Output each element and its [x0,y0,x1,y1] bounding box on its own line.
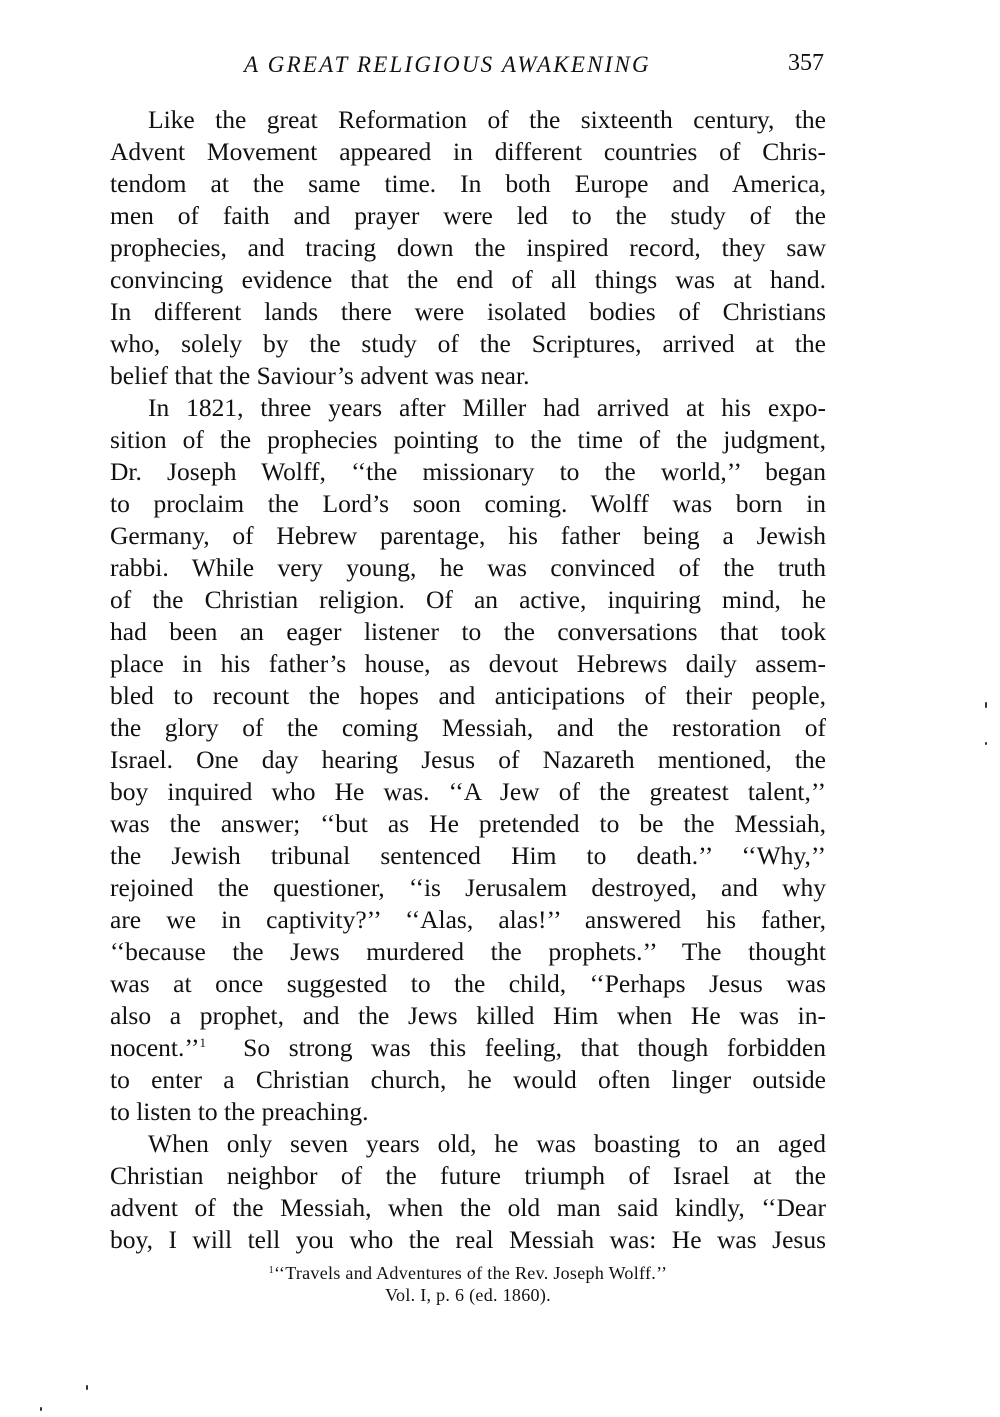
text-line: to enter a Christian church, he would of… [110,1064,826,1096]
text-line: Like the great Reformation of the sixtee… [110,104,826,136]
text-line: rejoined the questioner, ‘‘is Jerusalem … [110,872,826,904]
text-line: Germany, of Hebrew parentage, his father… [110,520,826,552]
footnote-citation: ‘‘Travels and Adventures of the Rev. Jos… [274,1263,667,1283]
text-line: rabbi. While very young, he was convince… [110,552,826,584]
scan-artifact [40,1407,42,1411]
text-line: In 1821, three years after Miller had ar… [110,392,826,424]
text-line-with-footnote-ref: nocent.’’1 So strong was this feeling, t… [110,1032,826,1064]
text-line: had been an eager listener to the conver… [110,616,826,648]
text-line: was at once suggested to the child, ‘‘Pe… [110,968,826,1000]
text-fragment: So strong was this feeling, that though … [243,1033,826,1062]
footnote-line-2: Vol. I, p. 6 (ed. 1860). [110,1284,826,1306]
text-line: was the answer; ‘‘but as He pretended to… [110,808,826,840]
text-line: the glory of the coming Messiah, and the… [110,712,826,744]
text-line: who, solely by the study of the Scriptur… [110,328,826,360]
footnote: 1‘‘Travels and Adventures of the Rev. Jo… [110,1262,826,1306]
text-line: bled to recount the hopes and anticipati… [110,680,826,712]
text-line: Dr. Joseph Wolff, ‘‘the missionary to th… [110,456,826,488]
text-line: prophecies, and tracing down the inspire… [110,232,826,264]
text-line: of the Christian religion. Of an active,… [110,584,826,616]
text-line: Advent Movement appeared in different co… [110,136,826,168]
scan-artifact [985,742,987,745]
text-line: advent of the Messiah, when the old man … [110,1192,826,1224]
text-line: to listen to the preaching. [110,1096,826,1128]
paragraph-1: Like the great Reformation of the sixtee… [110,104,826,392]
text-line: ‘‘because the Jews murdered the prophets… [110,936,826,968]
text-line: to proclaim the Lord’s soon coming. Wolf… [110,488,826,520]
text-fragment: nocent.’’ [110,1033,199,1062]
text-line: also a prophet, and the Jews killed Him … [110,1000,826,1032]
text-line: belief that the Saviour’s advent was nea… [110,360,826,392]
text-line: convincing evidence that the end of all … [110,264,826,296]
text-line: When only seven years old, he was boasti… [110,1128,826,1160]
page-number: 357 [788,50,824,77]
text-line: In different lands there were isolated b… [110,296,826,328]
scan-artifact [86,1385,88,1390]
paragraph-2: In 1821, three years after Miller had ar… [110,392,826,1128]
scan-artifact [985,702,987,708]
running-title: A GREAT RELIGIOUS AWAKENING [244,52,651,78]
body-text: Like the great Reformation of the sixtee… [110,104,826,1256]
text-line: place in his father’s house, as devout H… [110,648,826,680]
text-line: tendom at the same time. In both Europe … [110,168,826,200]
text-line: boy, I will tell you who the real Messia… [110,1224,826,1256]
text-line: boy inquired who He was. ‘‘A Jew of the … [110,776,826,808]
footnote-line-1: 1‘‘Travels and Adventures of the Rev. Jo… [110,1262,826,1284]
text-line: Israel. One day hearing Jesus of Nazaret… [110,744,826,776]
text-line: are we in captivity?’’ ‘‘Alas, alas!’’ a… [110,904,826,936]
paragraph-3: When only seven years old, he was boasti… [110,1128,826,1256]
footnote-reference[interactable]: 1 [199,1035,206,1050]
text-line: the Jewish tribunal sentenced Him to dea… [110,840,826,872]
text-line: Christian neighbor of the future triumph… [110,1160,826,1192]
running-head: A GREAT RELIGIOUS AWAKENING 357 [110,46,826,86]
text-line: sition of the prophecies pointing to the… [110,424,826,456]
text-line: men of faith and prayer were led to the … [110,200,826,232]
